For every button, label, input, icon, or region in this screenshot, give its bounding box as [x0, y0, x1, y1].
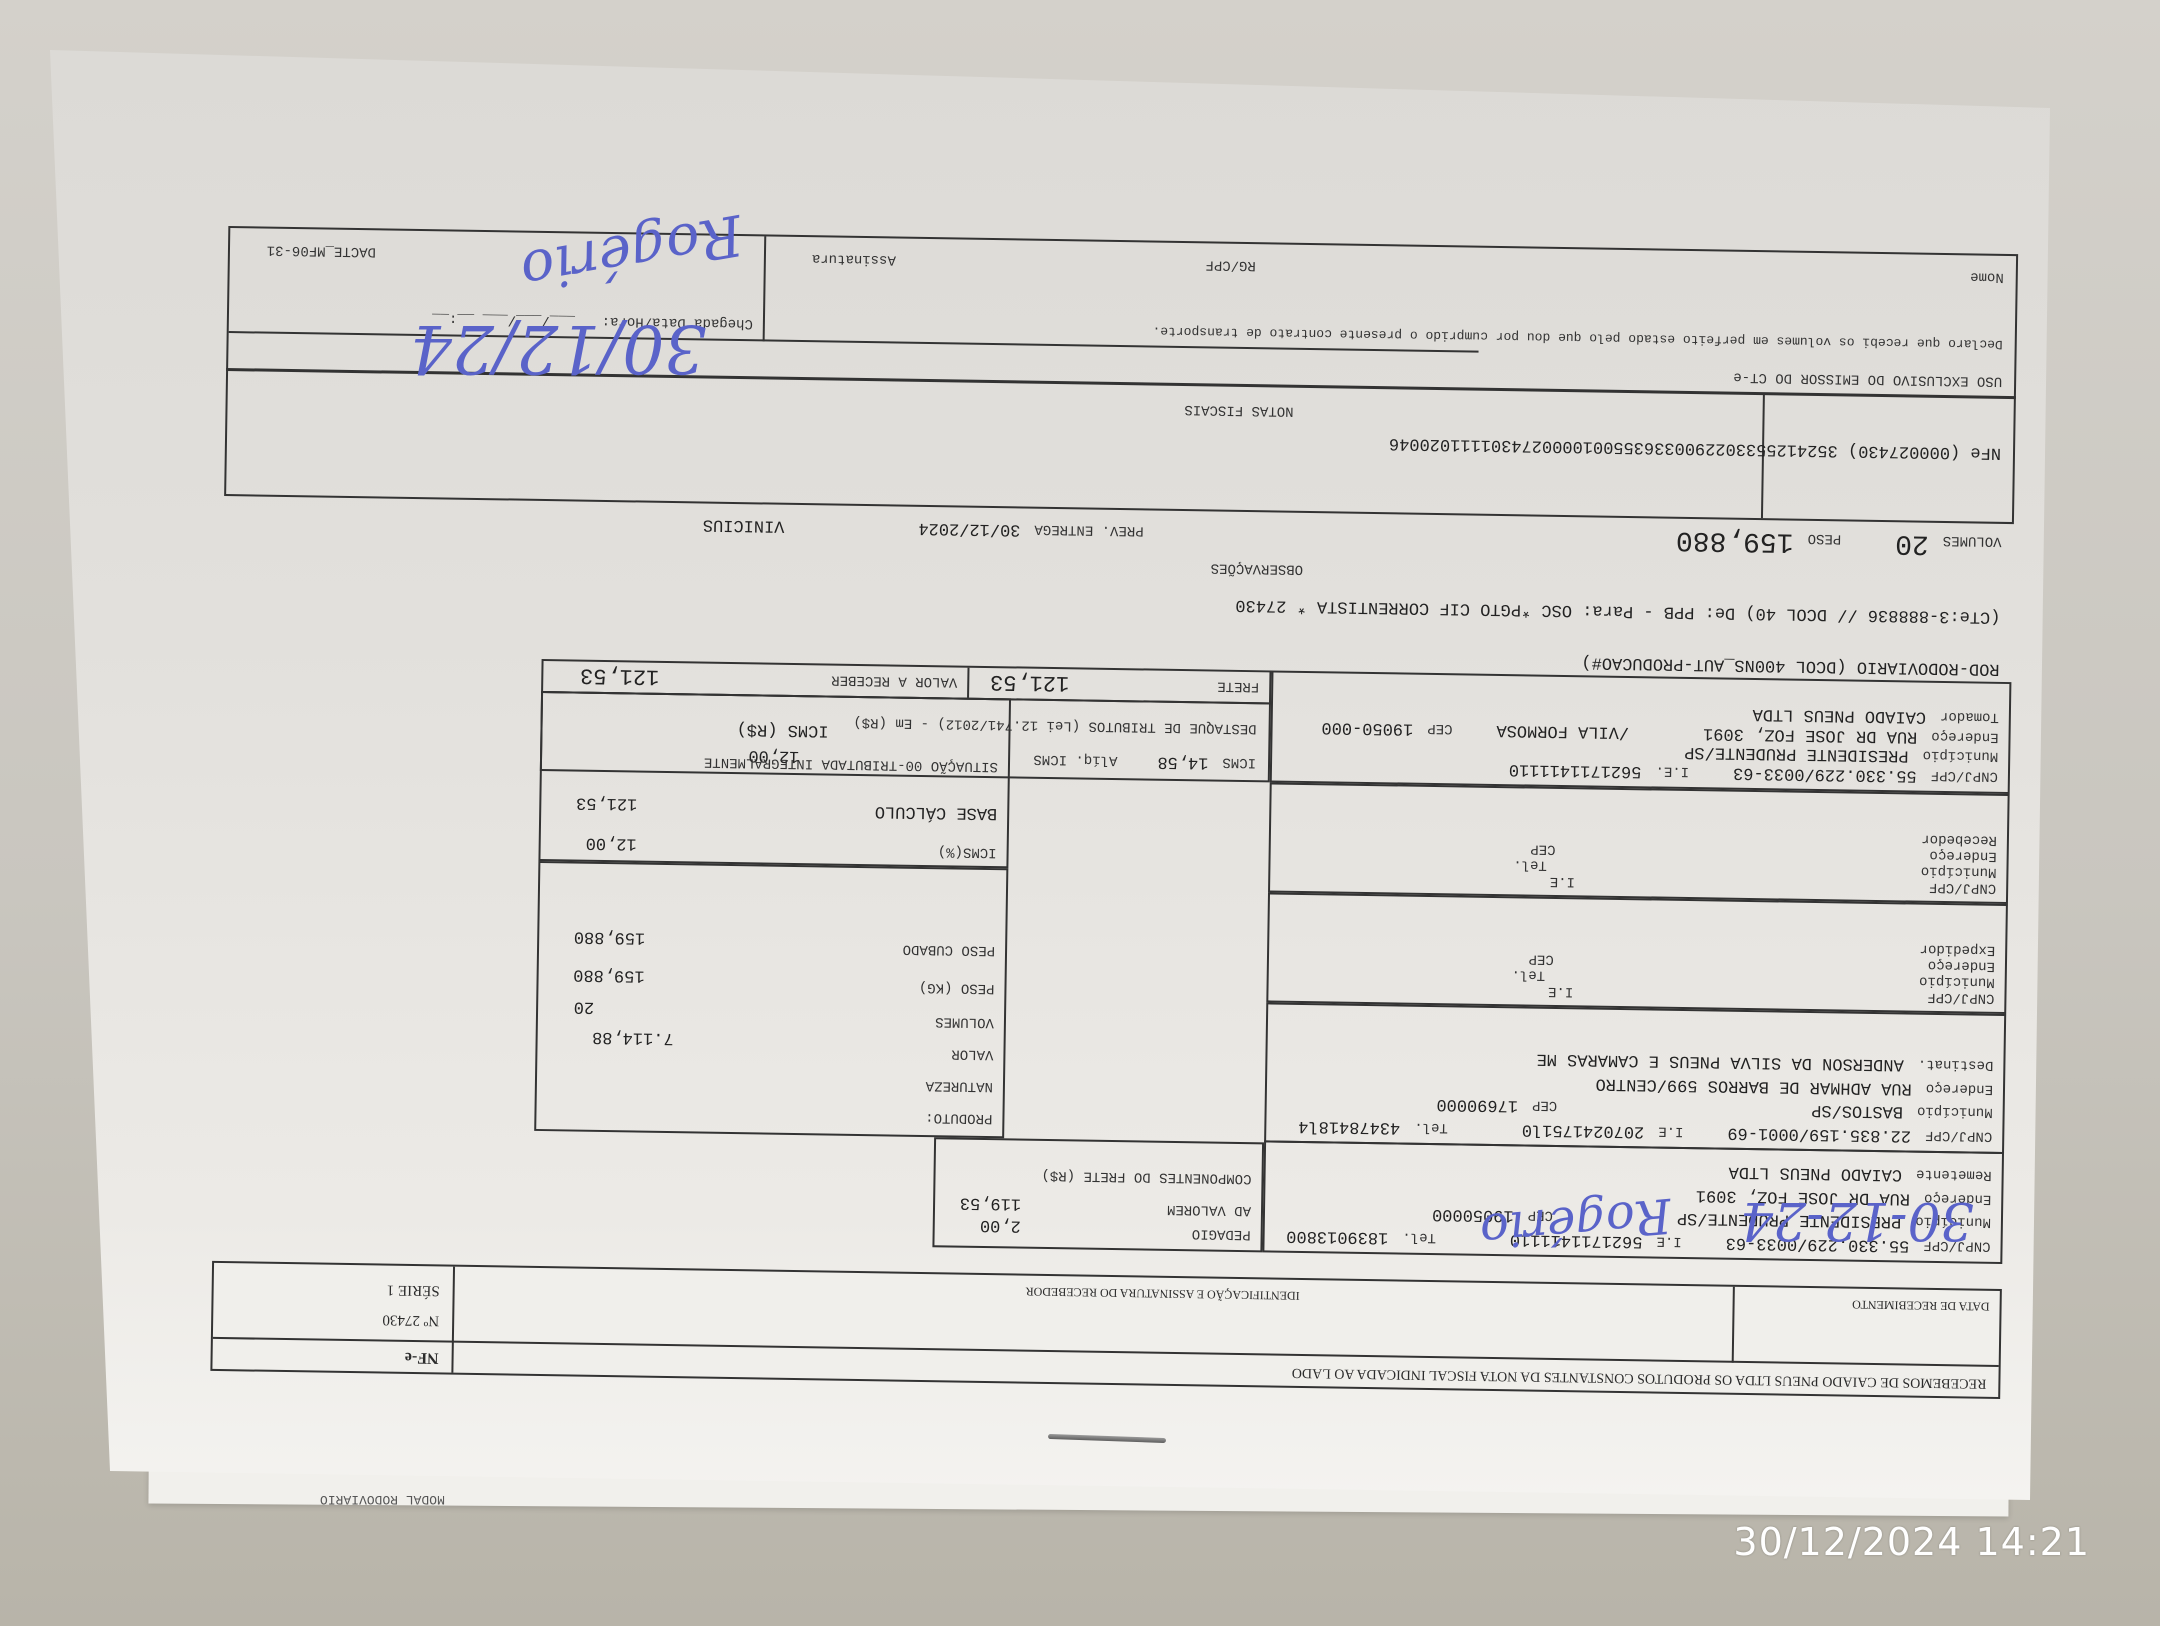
observacoes-title: OBSERVAÇÕES — [1211, 559, 1304, 577]
volumes-carga-value: 20 — [574, 996, 595, 1016]
destinatario-endereco: RUA ADHMAR DE BARROS 599/CENTRO — [1595, 1073, 1912, 1098]
emitter-use-title: USO EXCLUSIVO DO EMISSOR DO CT-e — [1733, 369, 2002, 389]
identificacao-label: IDENTIFICAÇÃO E ASSINATURA DO RECEBEDOR — [1026, 1284, 1300, 1302]
data-recebimento-label: DATA DE RECEBIMENTO — [1852, 1297, 1990, 1313]
icms-situacao: SITUAÇÃO 00-TRIBUTADA INTEGRALMENTE — [704, 753, 998, 774]
prev-entrega-label: PREV. ENTREGA — [1034, 521, 1143, 539]
tomador-cep: 19050-000 — [1321, 717, 1413, 738]
remetente-name: CAIADO PNEUS LTDA — [1728, 1162, 1902, 1184]
handwritten-received-date: 30-12-24 — [1740, 1190, 1974, 1250]
notas-fiscais-title: NOTAS FISCAIS — [1184, 401, 1293, 419]
rg-cpf-label: RG/CPF — [1205, 256, 1256, 273]
peso-value: 159,880 — [1676, 523, 1794, 557]
tomador-cnpj: 55.330.229/0033-63 — [1733, 762, 1917, 784]
icms-section: ICMS(%) 12,00 BASE CÁLCULO 121,53 SITUAÇ… — [538, 691, 1011, 868]
ad-valorem-label: AD VALOREM — [1167, 1201, 1251, 1218]
pedagio-value: 2,00 — [980, 1214, 1021, 1234]
destinatario-ie: 2070241751l0 — [1522, 1119, 1645, 1140]
observacoes-line2: ROD-RODOVIARIO (DCOL 400NS_AUT-PRODUCAO#… — [1581, 652, 2000, 678]
carga-section: PRODUTO: NATUREZA VALOR 7.114,88 VOLUMES… — [534, 861, 1008, 1138]
destinatario-cnpj: 22.835.159/0001-69 — [1727, 1122, 1911, 1144]
nfe-label: NF-e — [405, 1348, 439, 1367]
tributos-icms: 14,58 — [1157, 751, 1208, 771]
icms-pct-value: 12,00 — [586, 832, 637, 852]
nfe-serie: SÉRIE 1 — [387, 1280, 440, 1298]
peso-label: PESO — [1807, 530, 1841, 547]
nfe-numero: Nº 27430 — [382, 1310, 439, 1328]
peso-cubado-value: 159,880 — [574, 926, 646, 947]
componentes-frete-title: COMPONENTES DO FRETE (R$) — [1041, 1167, 1251, 1186]
valor-receber-value: 121,53 — [580, 662, 660, 689]
ad-valorem-value: 119,53 — [960, 1192, 1022, 1213]
componentes-frete-section: PEDAGIO 2,00 AD VALOREM 119,53 COMPONENT… — [932, 1137, 1264, 1252]
tomador-name: CAIADO PNEUS LTDA — [1752, 704, 1926, 726]
pedagio-label: PEDAGIO — [1192, 1225, 1251, 1242]
tomador-municipio: PRESIDENTE PRUDENTE/SP — [1684, 742, 1909, 765]
destinatario-tel: 43478418l4 — [1298, 1115, 1400, 1136]
produto-label: PRODUTO: — [925, 1109, 992, 1126]
volumes-value: 20 — [1895, 526, 1929, 559]
frete-value: 121,53 — [990, 669, 1070, 696]
remetente-tel: 1839013800 — [1286, 1225, 1388, 1246]
destinatario-municipio: BASTOS/SP — [1811, 1100, 1903, 1121]
dacte-footer-code: DACTE_MF06-31 — [267, 242, 376, 260]
dacte-document: USO EXCLUSIVO DO EMISSOR DO CT-e Chegada… — [212, 226, 2018, 1304]
destinatario-section: CNPJ/CPF22.835.159/0001-69I.E2070241751l… — [1264, 1002, 2006, 1154]
expedidor-section: CNPJ/CPFI.E MunicípioTel. EndereçoCEP Ex… — [1266, 892, 2008, 1014]
tomador-bairro: /VILA FORMOSA — [1496, 719, 1629, 741]
driver-name: VINICIUS — [703, 514, 785, 535]
canhoto-header: RECEBEMOS DE CAIADO PNEUS LTDA OS PRODUT… — [1292, 1364, 1987, 1391]
handwritten-arrival-date: 30/12/24 — [410, 310, 706, 387]
recebedor-label: Recebedor — [1921, 830, 1997, 847]
destinatario-name: ANDERSON DA SILVA PNEUS E CAMARAS ME — [1536, 1048, 1904, 1073]
valor-carga-value: 7.114,88 — [592, 1026, 674, 1047]
signature-label: Assinatura — [812, 250, 896, 267]
tomador-section: CNPJ/CPF55.330.229/0033-63I.E.5621711411… — [1270, 670, 2012, 794]
under-sheet-text: MODAL RODOVIARIO — [320, 1492, 445, 1507]
expedidor-label: Expedidor — [1919, 940, 1995, 957]
observacoes-line1: (CTe:3-888836 // DCOL 40) De: PPB - Para… — [1235, 594, 2000, 626]
volumes-label: VOLUMES — [1943, 532, 2002, 549]
prev-entrega-value: 30/12/2024 — [918, 517, 1020, 538]
tomador-endereco: RUA DR JOSE FOZ, 3091 — [1703, 723, 1918, 746]
recebedor-section: CNPJ/CPFI.E MunicípioTel. EndereçoCEP Re… — [1268, 782, 2010, 904]
peso-kg-value: 159,880 — [573, 964, 645, 985]
name-label: Nome — [1970, 268, 2004, 285]
photo-timestamp: 30/12/2024 14:21 — [1733, 1520, 2090, 1564]
destinatario-cep: 17690000 — [1436, 1094, 1518, 1115]
tomador-ie: 5621711411110 — [1509, 759, 1642, 781]
base-calculo-value: 121,53 — [576, 792, 638, 813]
